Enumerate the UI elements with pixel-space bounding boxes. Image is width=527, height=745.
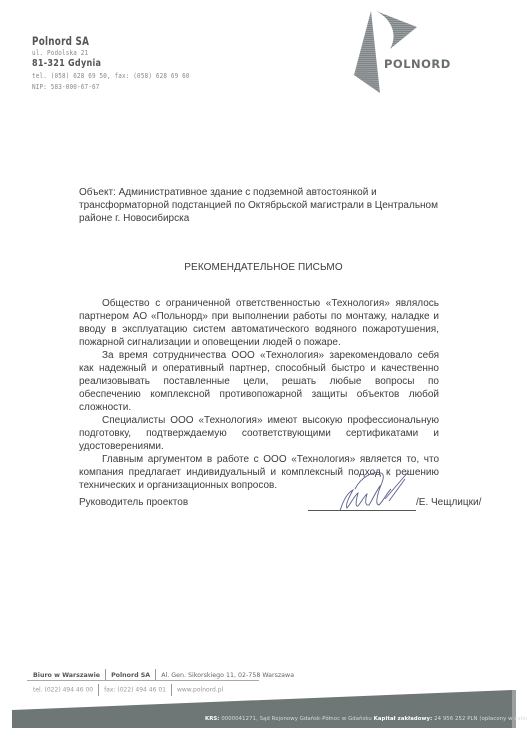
polnord-logo-icon xyxy=(340,5,480,95)
company-nip: NIP: 583-000-67-67 xyxy=(32,83,100,91)
footer-office: Biuro w Warszawie xyxy=(33,672,100,679)
footer-band xyxy=(0,690,527,730)
logo-text: POLNORD xyxy=(384,57,451,71)
signature-line xyxy=(308,510,416,511)
krs-label: KRS: xyxy=(205,716,220,722)
signatory-role: Руководитель проектов xyxy=(79,497,188,508)
footer-divider xyxy=(27,680,259,681)
footer-company: Polnord SA xyxy=(111,672,150,679)
letter-title: РЕКОМЕНДАТЕЛЬНОЕ ПИСЬМО xyxy=(0,262,527,273)
signatory-name: /Е. Чещлицки/ xyxy=(416,497,481,508)
capital-value: 24 956 252 PLN (opłacony w całości) xyxy=(434,716,527,722)
company-city: 81-321 Gdynia xyxy=(32,58,101,69)
paragraph-3: Специалисты ООО «Технология» имеют высок… xyxy=(79,414,439,453)
company-name: Polnord SA xyxy=(32,34,89,48)
paragraph-2: За время сотрудничества ООО «Технология»… xyxy=(79,349,439,414)
company-street: ul. Podolska 21 xyxy=(32,49,88,57)
krs-value: 0000041271, Sąd Rejonowy Gdańsk-Północ w… xyxy=(221,716,372,722)
footer-registration: KRS: 0000041271, Sąd Rejonowy Gdańsk-Pół… xyxy=(205,716,527,722)
footer-address: Al. Gen. Sikorskiego 11, 02-758 Warszawa xyxy=(161,672,294,679)
paragraph-1: Общество с ограниченной ответственностью… xyxy=(79,297,439,349)
object-description: Объект: Административное здание с подзем… xyxy=(79,186,439,225)
company-phone-fax: tel. (058) 628 69 50, fax: (058) 628 69 … xyxy=(32,72,190,80)
capital-label: Kapitał zakładowy: xyxy=(374,716,433,722)
